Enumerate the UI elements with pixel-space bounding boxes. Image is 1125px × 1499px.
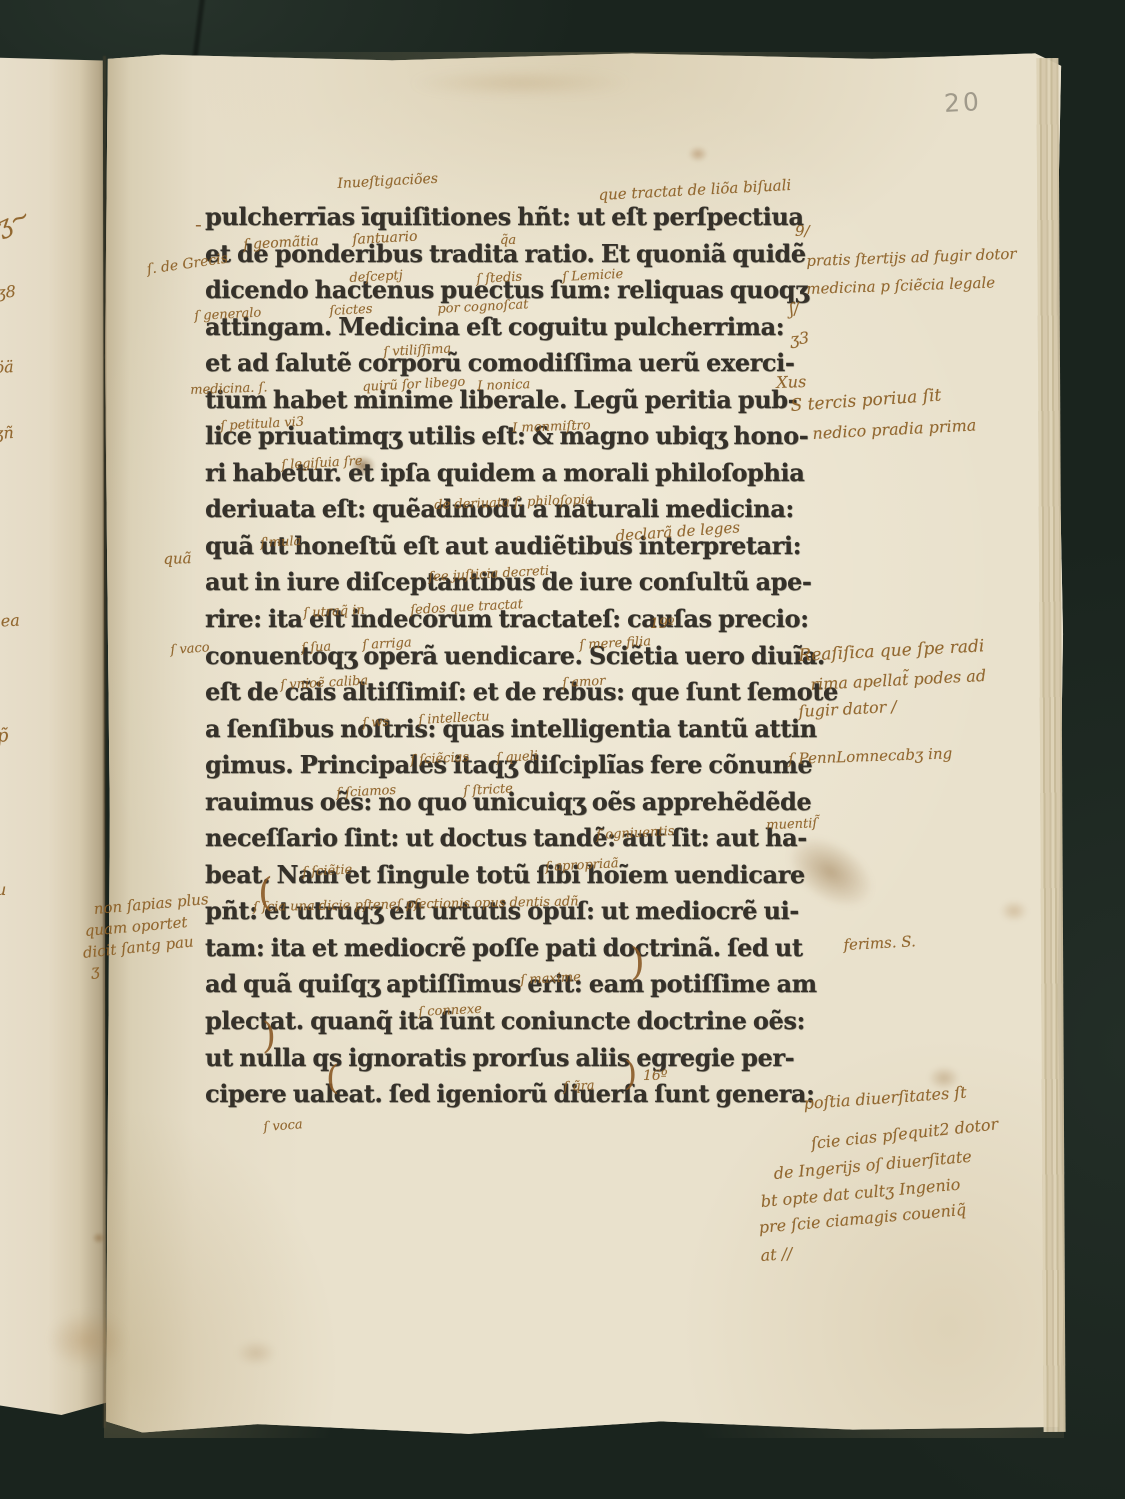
printed-line: conuentoqʒ operã uendicare. Sciẽtia uero… [205,638,805,675]
marginal-gloss: ſantuario [352,229,418,248]
facing-page-fragment: dea [0,610,20,631]
marginal-gloss: ſ maxime [520,970,581,988]
marginal-gloss: 19º [650,616,674,632]
printed-line: tam: ita et mediocrẽ poſſe pati doctrinã… [205,930,805,967]
marginal-gloss: ſ ſtricte [463,781,513,799]
printed-line: beat. Nam et ſingule totũ ſibi hoĩem uen… [205,857,805,894]
marginal-gloss: quã [163,549,192,568]
printed-line: plectat. quanq̃ ita ſunt coniuncte doctr… [205,1003,805,1040]
printed-line: neceſſario ſint: ut doctus tandẽ: aut ſi… [205,820,805,857]
facing-page-edge [0,55,106,1415]
marginal-gloss: ſ amor [562,674,606,691]
printed-line: ad quã quiſqʒ aptiſſimus erit: eam potiſ… [205,966,805,1003]
printed-line: pulcherrīas īquiſitiones hñt: ut eſt per… [205,199,805,236]
printed-line: attingam. Medicina eſt coguitu pulcherri… [205,309,805,346]
marginal-gloss: I monmiſtro [512,418,591,436]
marginal-gloss: ʒ [90,961,100,980]
marginal-gloss: ſ ſua [301,639,332,656]
facing-page-fragment: p̃ [0,725,9,747]
marginal-gloss: q̃a [500,233,516,248]
marginal-gloss: ſ voca [263,1117,303,1135]
printed-line: a ſenſibus noſtris: quas intelligentia t… [205,711,805,748]
annotator-ink-mark: - [195,212,202,236]
manuscript-photo: pulcherrīas īquiſitiones hñt: ut eſt per… [0,0,1125,1499]
marginal-gloss: ſ ſciẽtie [302,862,353,880]
marginal-gloss: ʒ3 [789,328,810,349]
marginal-gloss: ſ q̃ra [563,1078,595,1095]
facing-page-fragment: u [0,880,6,899]
printed-line: ut nulla qs ignoratis prorſus aliis egre… [205,1040,805,1077]
marginal-gloss: ferims. S. [843,932,916,954]
marginal-gloss: ſ ſtedis [476,270,523,287]
marginal-gloss: ſ ſciamos [336,783,396,801]
printed-line: cipere ualeat. ſed igeniorũ diuerſa ſunt… [205,1076,805,1113]
marginal-gloss: medicina. ſ. [190,380,268,398]
marginal-gloss: ſ queli [496,749,538,766]
marginal-gloss: ſ utraq̃ in [303,603,365,621]
marginal-gloss: at // [760,1244,793,1265]
marginal-gloss: Xus [776,372,807,392]
marginal-gloss: ſ Lemicie [562,267,624,285]
facing-page-fragment: öä [0,357,14,377]
marginal-gloss: ſ arriga [362,635,412,653]
annotator-ink-mark: ( [326,1058,339,1098]
marginal-gloss: muentiſ̃ [766,816,817,833]
marginal-gloss: ſ ſciẽcias [410,750,469,768]
marginal-gloss: I nonica [477,377,531,394]
facing-page-fragment: ʒ8 [0,282,16,302]
annotator-ink-mark: ( [258,870,273,914]
annotator-ink-mark: ) [624,1054,637,1094]
marginal-gloss: 9/ [795,222,810,240]
annotator-ink-mark: ) [630,940,645,984]
marginal-gloss: ʃ/ [788,299,800,319]
page-number-pencil: 20 [943,87,982,118]
marginal-gloss: ſ'mula [260,534,302,551]
annotator-ink-mark: ) [262,1016,276,1057]
marginal-gloss: ſ ws [362,715,389,731]
marginal-gloss: ſcictes [329,302,373,319]
printed-line: et ad ſalutẽ corporũ comodiſſima uerũ ex… [205,345,805,382]
marginal-gloss: 16º [643,1068,667,1084]
gutter-fold-line [103,56,106,1428]
facing-page-fragment: ʒñ [0,423,14,443]
marginal-gloss: ſ vaco [170,640,210,658]
marginal-gloss: deſceptj [349,268,403,286]
printed-text-block: pulcherrīas īquiſitiones hñt: ut eſt per… [205,199,805,1113]
